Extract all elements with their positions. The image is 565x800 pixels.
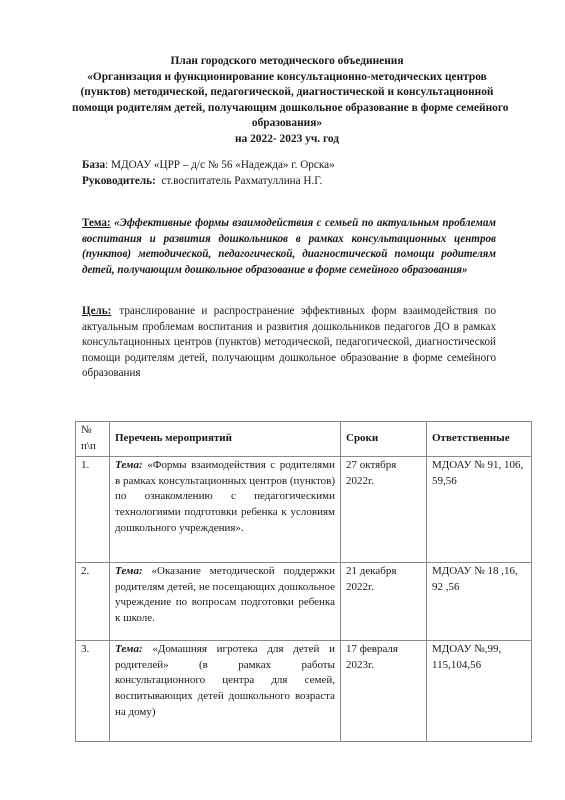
head-line: Руководитель: ст.воспитатель Рахматуллин…	[82, 174, 335, 190]
goal-text: транслирование и распространение эффекти…	[82, 305, 496, 379]
header-responsible: Ответственные	[427, 422, 532, 457]
title-line: План городского методического объединени…	[72, 54, 502, 70]
theme-paragraph: Тема: «Эффективные формы взаимодействия …	[82, 216, 496, 278]
events-table: № п\п Перечень мероприятий Сроки Ответст…	[75, 421, 532, 742]
row-num: 2.	[76, 563, 110, 641]
head-label: Руководитель:	[82, 175, 156, 187]
goal-label: Цель:	[82, 305, 111, 317]
table-row: 1. Тема: «Формы взаимодействия с родител…	[76, 457, 532, 563]
table-header-row: № п\п Перечень мероприятий Сроки Ответст…	[76, 422, 532, 457]
row-description: Тема: «Оказание методической поддержки р…	[110, 563, 341, 641]
table-row: 3. Тема: «Домашняя игротека для детей и …	[76, 641, 532, 742]
row-tema-text: «Оказание методической поддержки родител…	[115, 565, 335, 624]
base-line: База: МДОАУ «ЦРР – д/с № 56 «Надежда» г.…	[82, 158, 335, 174]
title-line: «Организация и функционирование консульт…	[72, 70, 502, 86]
title-line: на 2022- 2023 уч. год	[72, 132, 502, 148]
row-tema-text: «Формы взаимодействия с родителями в рам…	[115, 459, 335, 533]
row-description: Тема: «Формы взаимодействия с родителями…	[110, 457, 341, 563]
goal-paragraph: Цель:транслирование и распространение эф…	[82, 304, 496, 382]
row-tema-label: Тема:	[115, 459, 143, 471]
theme-text: «Эффективные формы взаимодействия с семь…	[82, 217, 496, 276]
title-line: образования»	[72, 116, 502, 132]
row-tema-label: Тема:	[115, 565, 143, 577]
row-date: 17 февраля 2023г.	[341, 641, 427, 742]
row-tema-text: «Домашняя игротека для детей и родителей…	[115, 643, 335, 717]
title-line: помощи родителям детей, получающим дошко…	[72, 101, 502, 117]
header-dates: Сроки	[341, 422, 427, 457]
table-row: 2. Тема: «Оказание методической поддержк…	[76, 563, 532, 641]
theme-label: Тема:	[82, 217, 111, 229]
row-responsible: МДОАУ № 18 ,16, 92 ,56	[427, 563, 532, 641]
title-line: (пунктов) методической, педагогической, …	[72, 85, 502, 101]
info-block: База: МДОАУ «ЦРР – д/с № 56 «Надежда» г.…	[82, 158, 335, 189]
row-date: 27 октября 2022г.	[341, 457, 427, 563]
row-responsible: МДОАУ № 91, 106, 59,56	[427, 457, 532, 563]
row-responsible: МДОАУ №,99, 115,104,56	[427, 641, 532, 742]
header-events: Перечень мероприятий	[110, 422, 341, 457]
row-num: 1.	[76, 457, 110, 563]
row-description: Тема: «Домашняя игротека для детей и род…	[110, 641, 341, 742]
row-num: 3.	[76, 641, 110, 742]
head-value: ст.воспитатель Рахматуллина Н.Г.	[156, 175, 323, 187]
base-value: : МДОАУ «ЦРР – д/с № 56 «Надежда» г. Орс…	[105, 159, 335, 171]
document-title: План городского методического объединени…	[72, 54, 502, 148]
row-date: 21 декабря 2022г.	[341, 563, 427, 641]
document-page: План городского методического объединени…	[0, 0, 565, 800]
base-label: База	[82, 159, 105, 171]
row-tema-label: Тема:	[115, 643, 143, 655]
header-num: № п\п	[76, 422, 110, 457]
